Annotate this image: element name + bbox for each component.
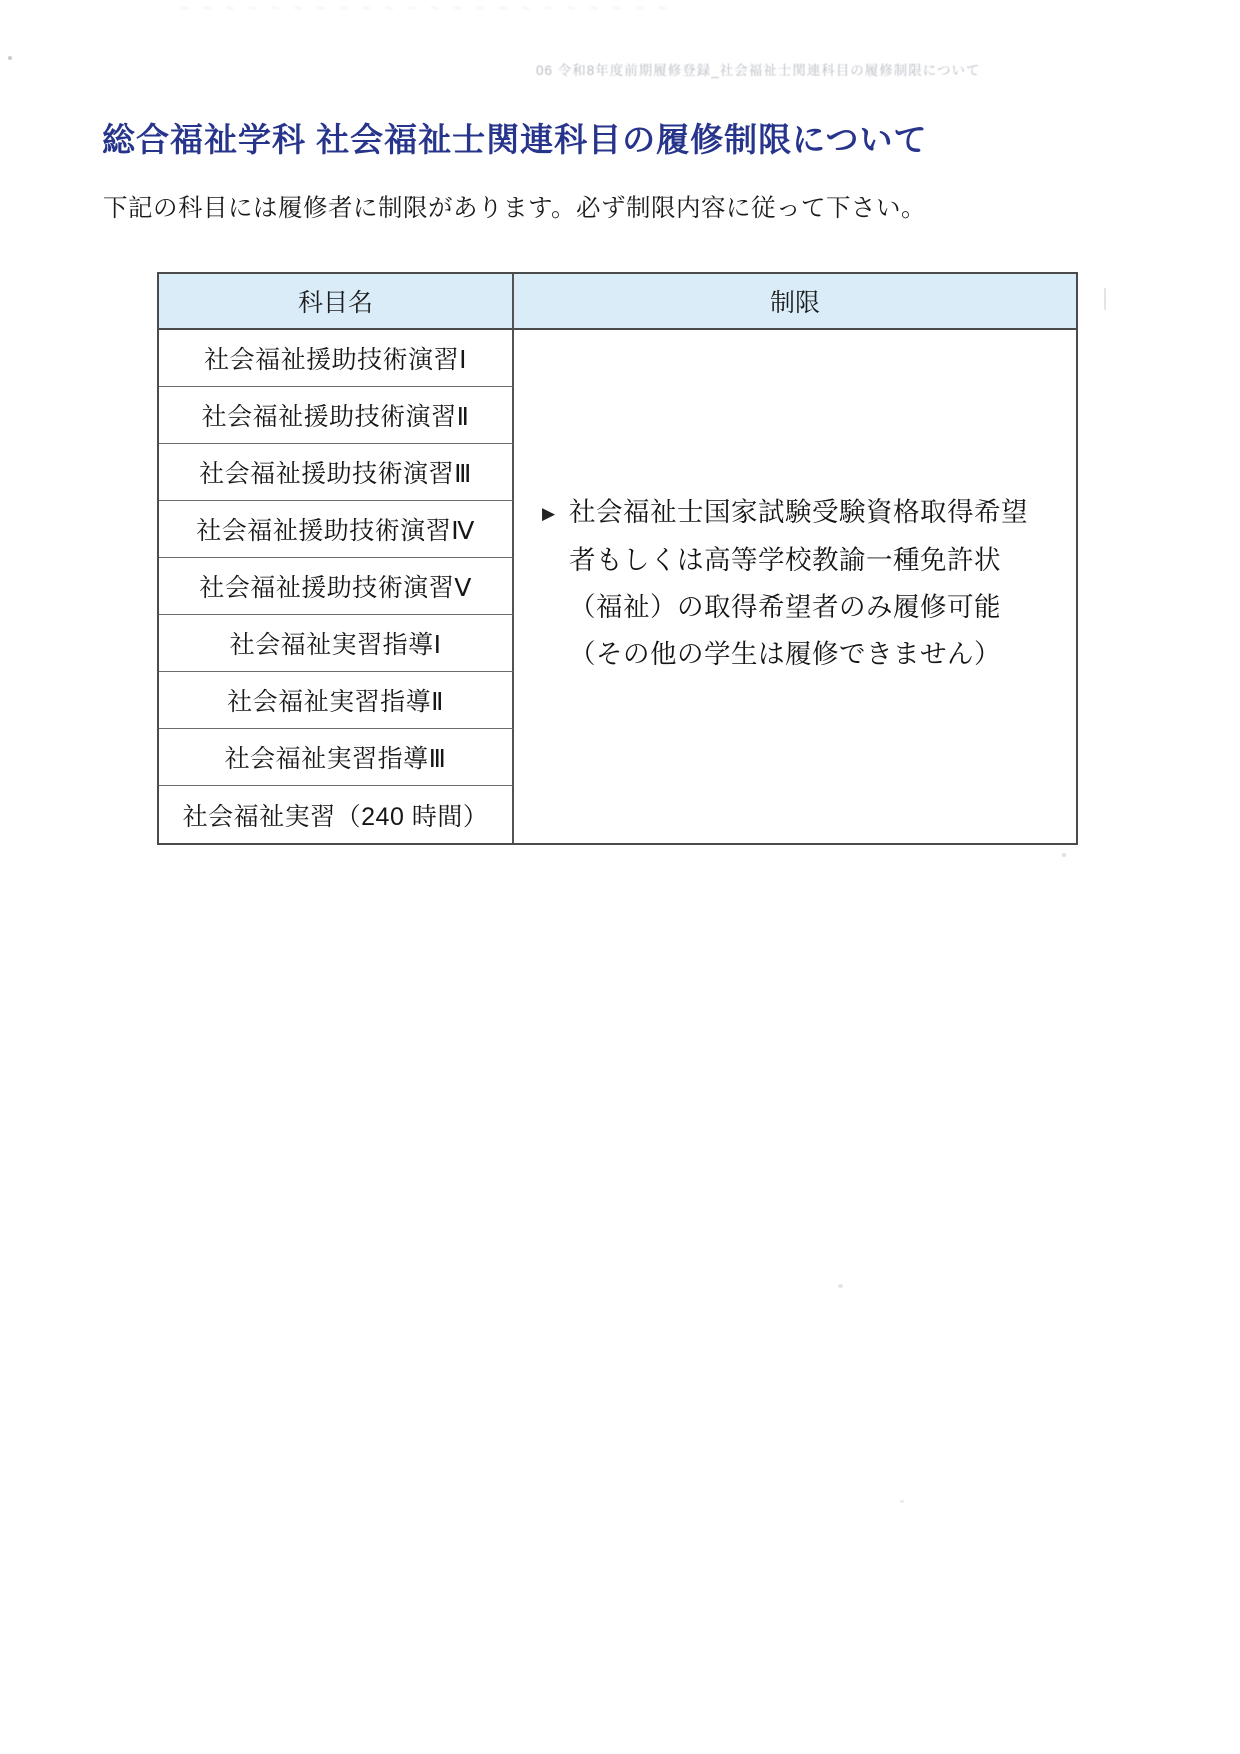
table-row-subject: 社会福祉実習指導Ⅱ xyxy=(159,672,514,729)
scan-speck xyxy=(838,1284,843,1288)
column-header-subject: 科目名 xyxy=(159,274,514,330)
table-row-subject: 社会福祉援助技術演習Ⅴ xyxy=(159,558,514,615)
restriction-cell: ▶社会福祉士国家試験受験資格取得希望 者もしくは高等学校教諭一種免許状 （福祉）… xyxy=(514,330,1076,843)
table-row-subject: 社会福祉実習指導Ⅰ xyxy=(159,615,514,672)
bullet-triangle-icon: ▶ xyxy=(542,490,569,537)
scan-speck xyxy=(900,1500,904,1503)
scan-speck xyxy=(1104,288,1106,310)
scan-speck xyxy=(1062,853,1066,857)
restriction-text: 社会福祉士国家試験受験資格取得希望 xyxy=(569,497,1028,527)
course-restriction-table: 科目名 制限 社会福祉援助技術演習Ⅰ ▶社会福祉士国家試験受験資格取得希望 者も… xyxy=(157,272,1078,845)
table-row-subject: 社会福祉援助技術演習Ⅰ xyxy=(159,330,514,387)
restriction-line: 者もしくは高等学校教諭一種免許状 xyxy=(542,537,1076,584)
table-row-subject: 社会福祉実習（240 時間） xyxy=(159,786,514,843)
table-row-subject: 社会福祉援助技術演習Ⅲ xyxy=(159,444,514,501)
scan-speck xyxy=(8,56,12,60)
column-header-restriction: 制限 xyxy=(514,274,1076,330)
intro-text: 下記の科目には履修者に制限があります。必ず制限内容に従って下さい。 xyxy=(103,189,926,224)
restriction-line: ▶社会福祉士国家試験受験資格取得希望 xyxy=(542,489,1076,537)
table-row-subject: 社会福祉援助技術演習Ⅱ xyxy=(159,387,514,444)
table-row-subject: 社会福祉援助技術演習Ⅳ xyxy=(159,501,514,558)
page-title: 総合福祉学科 社会福祉士関連科目の履修制限について xyxy=(102,114,928,161)
page-header-filename: 06 令和8年度前期履修登録_社会福祉士関連科目の履修制限について xyxy=(536,59,1010,79)
restriction-line: （その他の学生は履修できません） xyxy=(542,631,1076,678)
scan-ghost-artifact: ~~~~~~~~~~~~~~~~~~~~~~ xyxy=(180,0,740,16)
table-row-subject: 社会福祉実習指導Ⅲ xyxy=(159,729,514,786)
restriction-line: （福祉）の取得希望者のみ履修可能 xyxy=(542,584,1076,631)
scanned-document-page: { "page": { "watermark_header": "06 令和8年… xyxy=(0,0,1240,1754)
